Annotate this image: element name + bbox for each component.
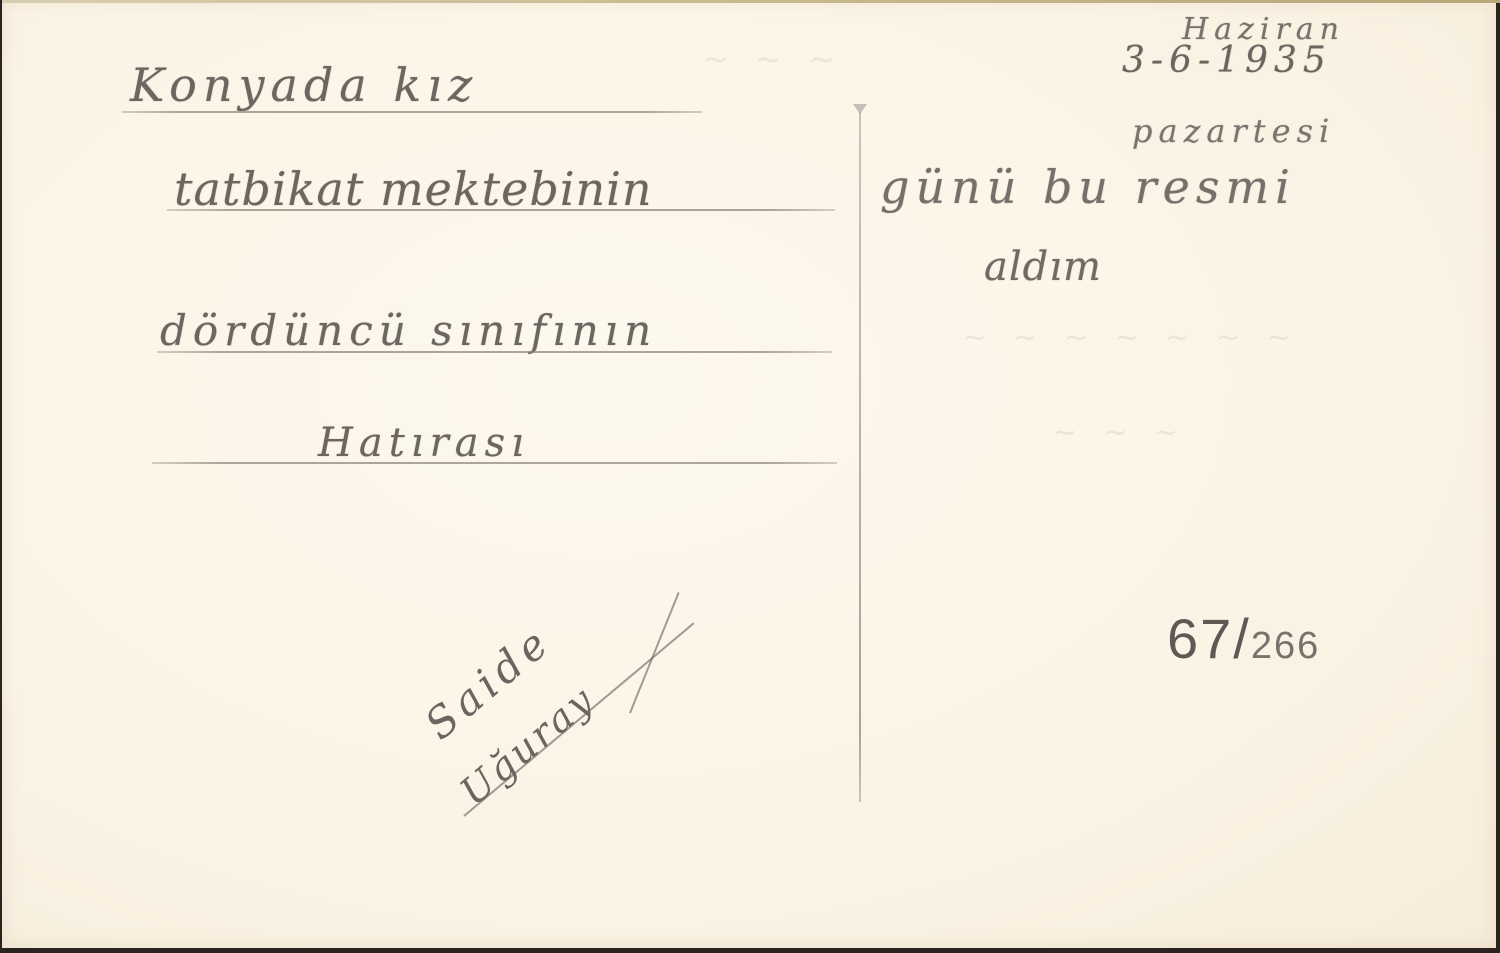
right-message-line-1: günü bu resmi bbox=[880, 160, 1296, 214]
message-line-2: tatbikat mektebinin bbox=[174, 162, 653, 216]
center-divider bbox=[859, 112, 861, 802]
ruled-line bbox=[167, 209, 835, 211]
archive-number-main: 67 bbox=[1167, 607, 1233, 670]
show-through-text: ~ ~ ~ bbox=[702, 40, 843, 78]
ruled-line bbox=[122, 111, 702, 113]
archive-number-slash: / bbox=[1233, 607, 1251, 670]
card-top-edge bbox=[2, 0, 1500, 3]
ruled-line bbox=[157, 351, 832, 353]
right-message-line-2: aldım bbox=[984, 244, 1102, 290]
message-line-1: Konyada kız bbox=[130, 58, 478, 112]
show-through-text: ~ ~ ~ bbox=[1052, 415, 1186, 450]
ruled-line bbox=[152, 462, 837, 464]
signature-flourish bbox=[629, 592, 680, 713]
archive-number: 67/266 bbox=[1167, 606, 1320, 671]
date-label: 3-6-1935 bbox=[1122, 40, 1332, 81]
weekday-label: pazartesi bbox=[1132, 112, 1335, 150]
message-line-3: dördüncü sınıfının bbox=[160, 306, 657, 355]
postcard-back: ~ ~ ~ ~ ~ ~ ~ ~ ~ ~ ~ ~ ~ Konyada kız ta… bbox=[2, 0, 1496, 948]
show-through-text: ~ ~ ~ ~ ~ ~ ~ bbox=[962, 320, 1299, 355]
message-line-4: Hatırası bbox=[318, 420, 530, 466]
archive-number-sub: 266 bbox=[1251, 625, 1320, 667]
